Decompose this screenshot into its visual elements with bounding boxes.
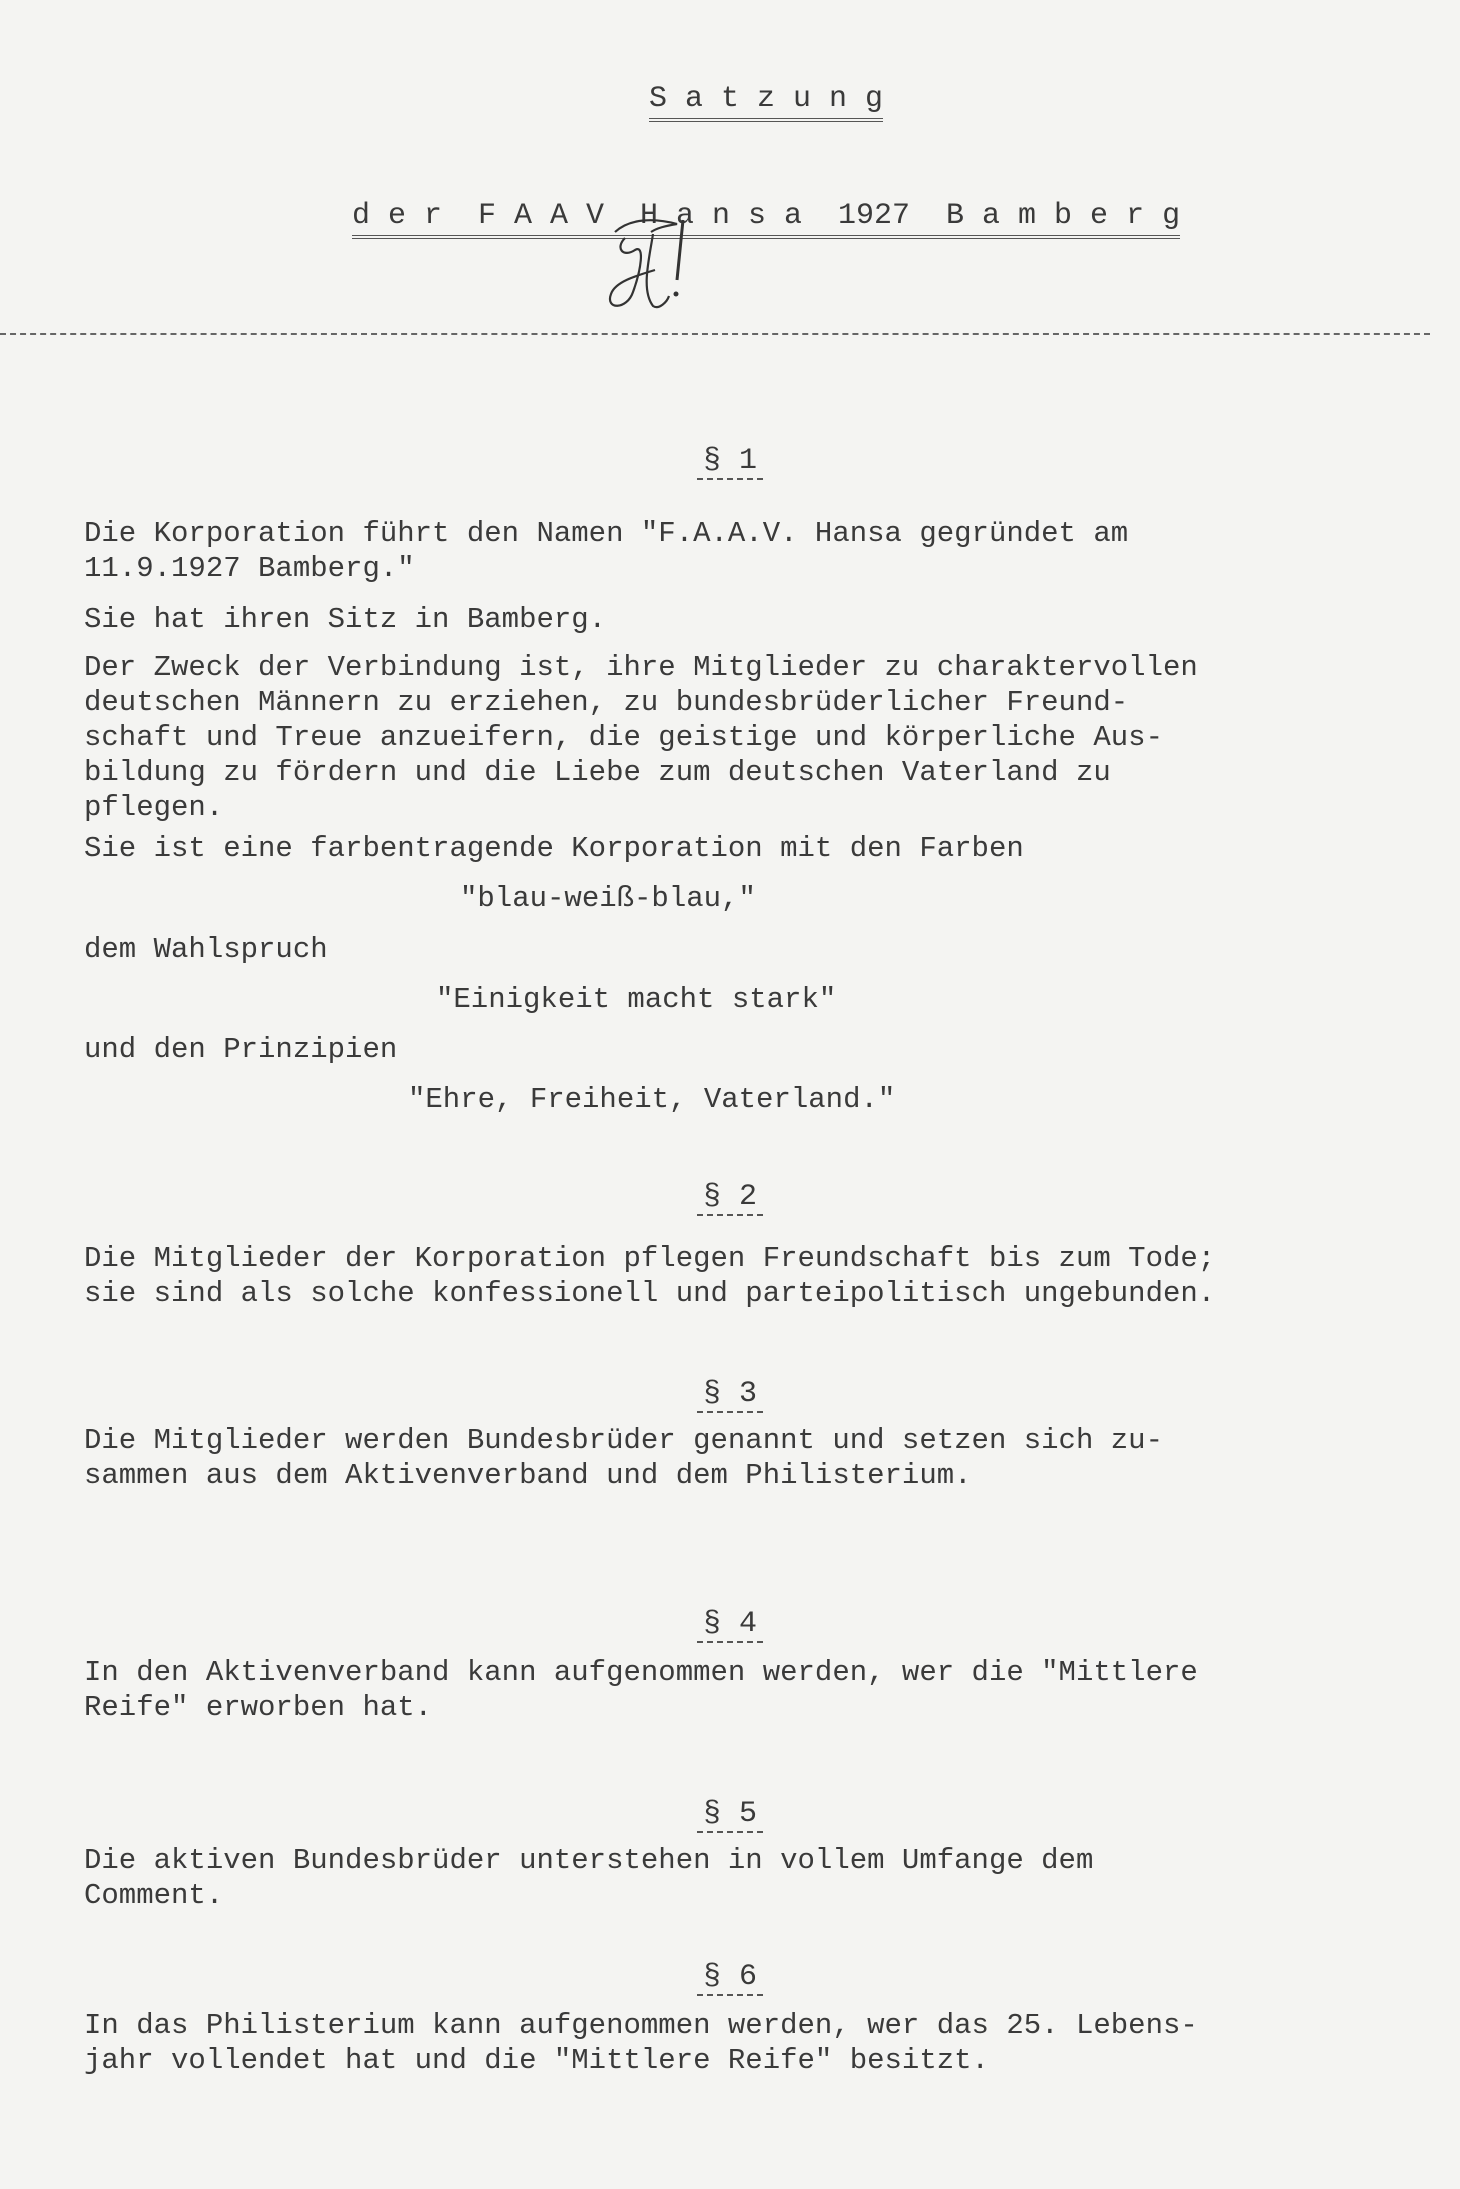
section-heading-5: § 5: [0, 1797, 1460, 1833]
hansa-monogram-icon: [585, 210, 695, 320]
section-1-paragraph-colors-intro: Sie ist eine farbentragende Korporation …: [84, 831, 1404, 866]
section-1-principles-intro: und den Prinzipien: [84, 1032, 1404, 1067]
section-1-paragraph-seat: Sie hat ihren Sitz in Bamberg.: [84, 602, 1404, 637]
section-2-text: Die Mitglieder der Korporation pflegen F…: [84, 1241, 1404, 1311]
section-1-principles: "Ehre, Freiheit, Vaterland.": [408, 1082, 895, 1117]
document-page: S a t z u n g d e r F A A V H a n s a 19…: [0, 0, 1460, 2189]
section-3-text: Die Mitglieder werden Bundesbrüder genan…: [84, 1423, 1404, 1493]
document-title: S a t z u n g: [0, 48, 1460, 156]
section-6-text: In das Philisterium kann aufgenommen wer…: [84, 2008, 1404, 2078]
section-1-motto-intro: dem Wahlspruch: [84, 932, 1404, 967]
section-1-paragraph-purpose: Der Zweck der Verbindung ist, ihre Mitgl…: [84, 650, 1404, 825]
section-heading-1: § 1: [0, 444, 1460, 480]
section-4-text: In den Aktivenverband kann aufgenommen w…: [84, 1655, 1404, 1725]
section-heading-3: § 3: [0, 1377, 1460, 1413]
section-1-paragraph-name: Die Korporation führt den Namen "F.A.A.V…: [84, 516, 1404, 586]
section-5-text: Die aktiven Bundesbrüder unterstehen in …: [84, 1843, 1404, 1913]
document-subtitle: d e r F A A V H a n s a 1927 B a m b e r…: [0, 165, 1460, 273]
section-heading-4: § 4: [0, 1607, 1460, 1643]
section-1-motto: "Einigkeit macht stark": [436, 982, 836, 1017]
document-subtitle-text: d e r F A A V H a n s a 1927 B a m b e r…: [352, 199, 1180, 239]
section-heading-6: § 6: [0, 1960, 1460, 1996]
section-heading-2: § 2: [0, 1180, 1460, 1216]
document-title-text: S a t z u n g: [649, 82, 883, 122]
separator-rule: [0, 333, 1430, 335]
section-1-colors: "blau-weiß-blau,": [460, 881, 756, 916]
